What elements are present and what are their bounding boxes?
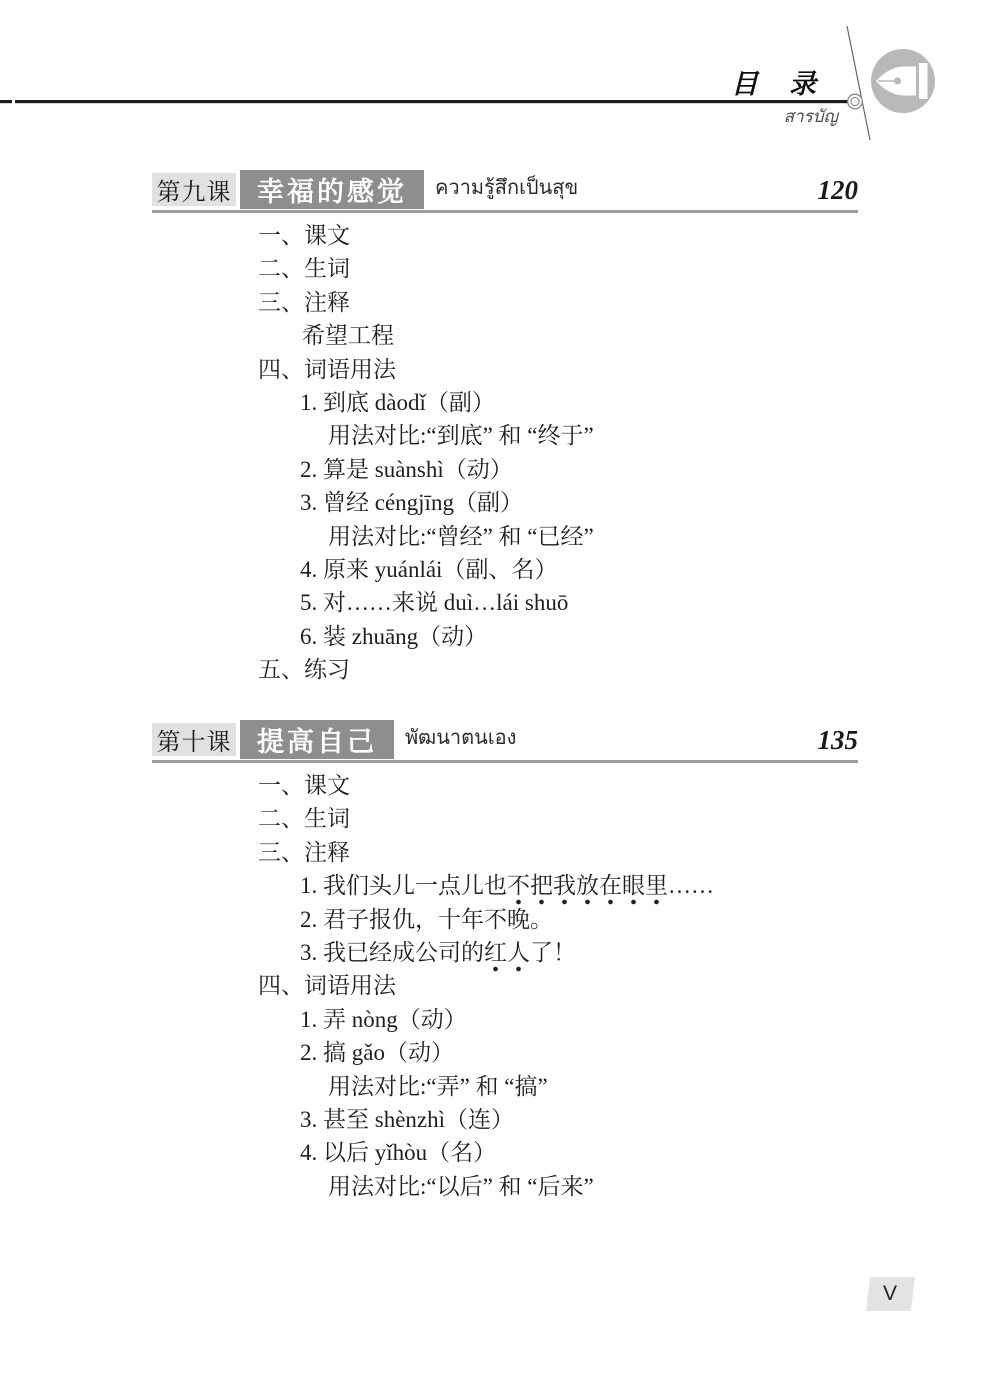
lesson-subtitle-thai: ความรู้สึกเป็นสุข — [435, 171, 578, 210]
lesson-title: 提高自己 — [240, 720, 394, 759]
note-text: …… — [668, 873, 714, 898]
note-text: 了！ — [530, 940, 576, 965]
toc-row: 一、课文 — [152, 769, 858, 802]
toc-row: 2. 算是 suànshì（动） — [152, 453, 858, 486]
toc-row: 四、词语用法 — [152, 969, 858, 1002]
toc-row: 用法对比:“到底” 和 “终于” — [152, 419, 858, 452]
emphasized-text: 红人 — [484, 940, 530, 972]
lesson-page-number: 135 — [818, 725, 859, 760]
toc-row: 3. 我已经成公司的红人了！ — [152, 936, 858, 969]
toc-row: 6. 装 zhuāng（动） — [152, 620, 858, 653]
lesson-number-badge: 第九课 — [152, 173, 236, 206]
toc-row: 2. 君子报仇，十年不晚。 — [152, 903, 858, 936]
toc-row: 一、课文 — [152, 219, 858, 252]
lesson-block-9: 第九课 幸福的感觉 ความรู้สึกเป็นสุข 120 一、课文 二、生… — [152, 169, 858, 687]
toc-row: 4. 原来 yuánlái（副、名） — [152, 553, 858, 586]
toc-row: 三、注释 — [152, 286, 858, 319]
page-subtitle-thai: สารบัญ — [0, 103, 838, 130]
page-number: V — [883, 1282, 897, 1306]
toc-row: 2. 搞 gǎo（动） — [152, 1036, 858, 1069]
toc-row: 1. 到底 dàodǐ（副） — [152, 386, 858, 419]
lesson-9-header: 第九课 幸福的感觉 ความรู้สึกเป็นสุข 120 — [152, 169, 858, 213]
toc-row: 1. 弄 nòng（动） — [152, 1003, 858, 1036]
toc-row: 1. 我们头儿一点儿也不把我放在眼里…… — [152, 869, 858, 902]
lesson-block-10: 第十课 提高自己 พัฒนาตนเอง 135 一、课文 二、生词 三、注释 1… — [152, 719, 858, 1203]
lesson-title: 幸福的感觉 — [240, 170, 424, 209]
toc-row: 用法对比:“弄” 和 “搞” — [152, 1070, 858, 1103]
note-text: 3. 我已经成公司的 — [300, 940, 484, 965]
toc-row: 3. 曾经 céngjīng（副） — [152, 486, 858, 519]
toc-row: 四、词语用法 — [152, 353, 858, 386]
ring-marker-icon — [848, 94, 863, 109]
note-text: 1. 我们头儿一点儿也 — [300, 873, 507, 898]
lesson-9-toc-list: 一、课文 二、生词 三、注释 希望工程 四、词语用法 1. 到底 dàodǐ（副… — [152, 219, 858, 687]
diagonal-line — [847, 26, 870, 140]
toc-row: 三、注释 — [152, 836, 858, 869]
toc-row: 二、生词 — [152, 802, 858, 835]
toc-row: 用法对比:“曾经” 和 “已经” — [152, 520, 858, 553]
toc-row: 二、生词 — [152, 252, 858, 285]
lesson-page-number: 120 — [818, 175, 859, 210]
toc-row: 希望工程 — [152, 319, 858, 352]
toc-row: 五、练习 — [152, 653, 858, 686]
toc-row: 用法对比:“以后” 和 “后来” — [152, 1170, 858, 1203]
emphasized-text: 不把我放在眼里 — [507, 873, 668, 905]
toc-row: 5. 对……来说 duì…lái shuō — [152, 586, 858, 619]
page-title: 目 录 — [0, 62, 818, 101]
page-number-tab: V — [866, 1277, 915, 1311]
toc-row: 4. 以后 yǐhòu（名） — [152, 1136, 858, 1169]
lesson-number-badge: 第十课 — [152, 723, 236, 756]
lesson-10-toc-list: 一、课文 二、生词 三、注释 1. 我们头儿一点儿也不把我放在眼里…… 2. 君… — [152, 769, 858, 1203]
pen-nib-icon — [871, 49, 935, 113]
lesson-subtitle-thai: พัฒนาตนเอง — [405, 721, 516, 760]
lesson-10-header: 第十课 提高自己 พัฒนาตนเอง 135 — [152, 719, 858, 763]
toc-row: 3. 甚至 shènzhì（连） — [152, 1103, 858, 1136]
